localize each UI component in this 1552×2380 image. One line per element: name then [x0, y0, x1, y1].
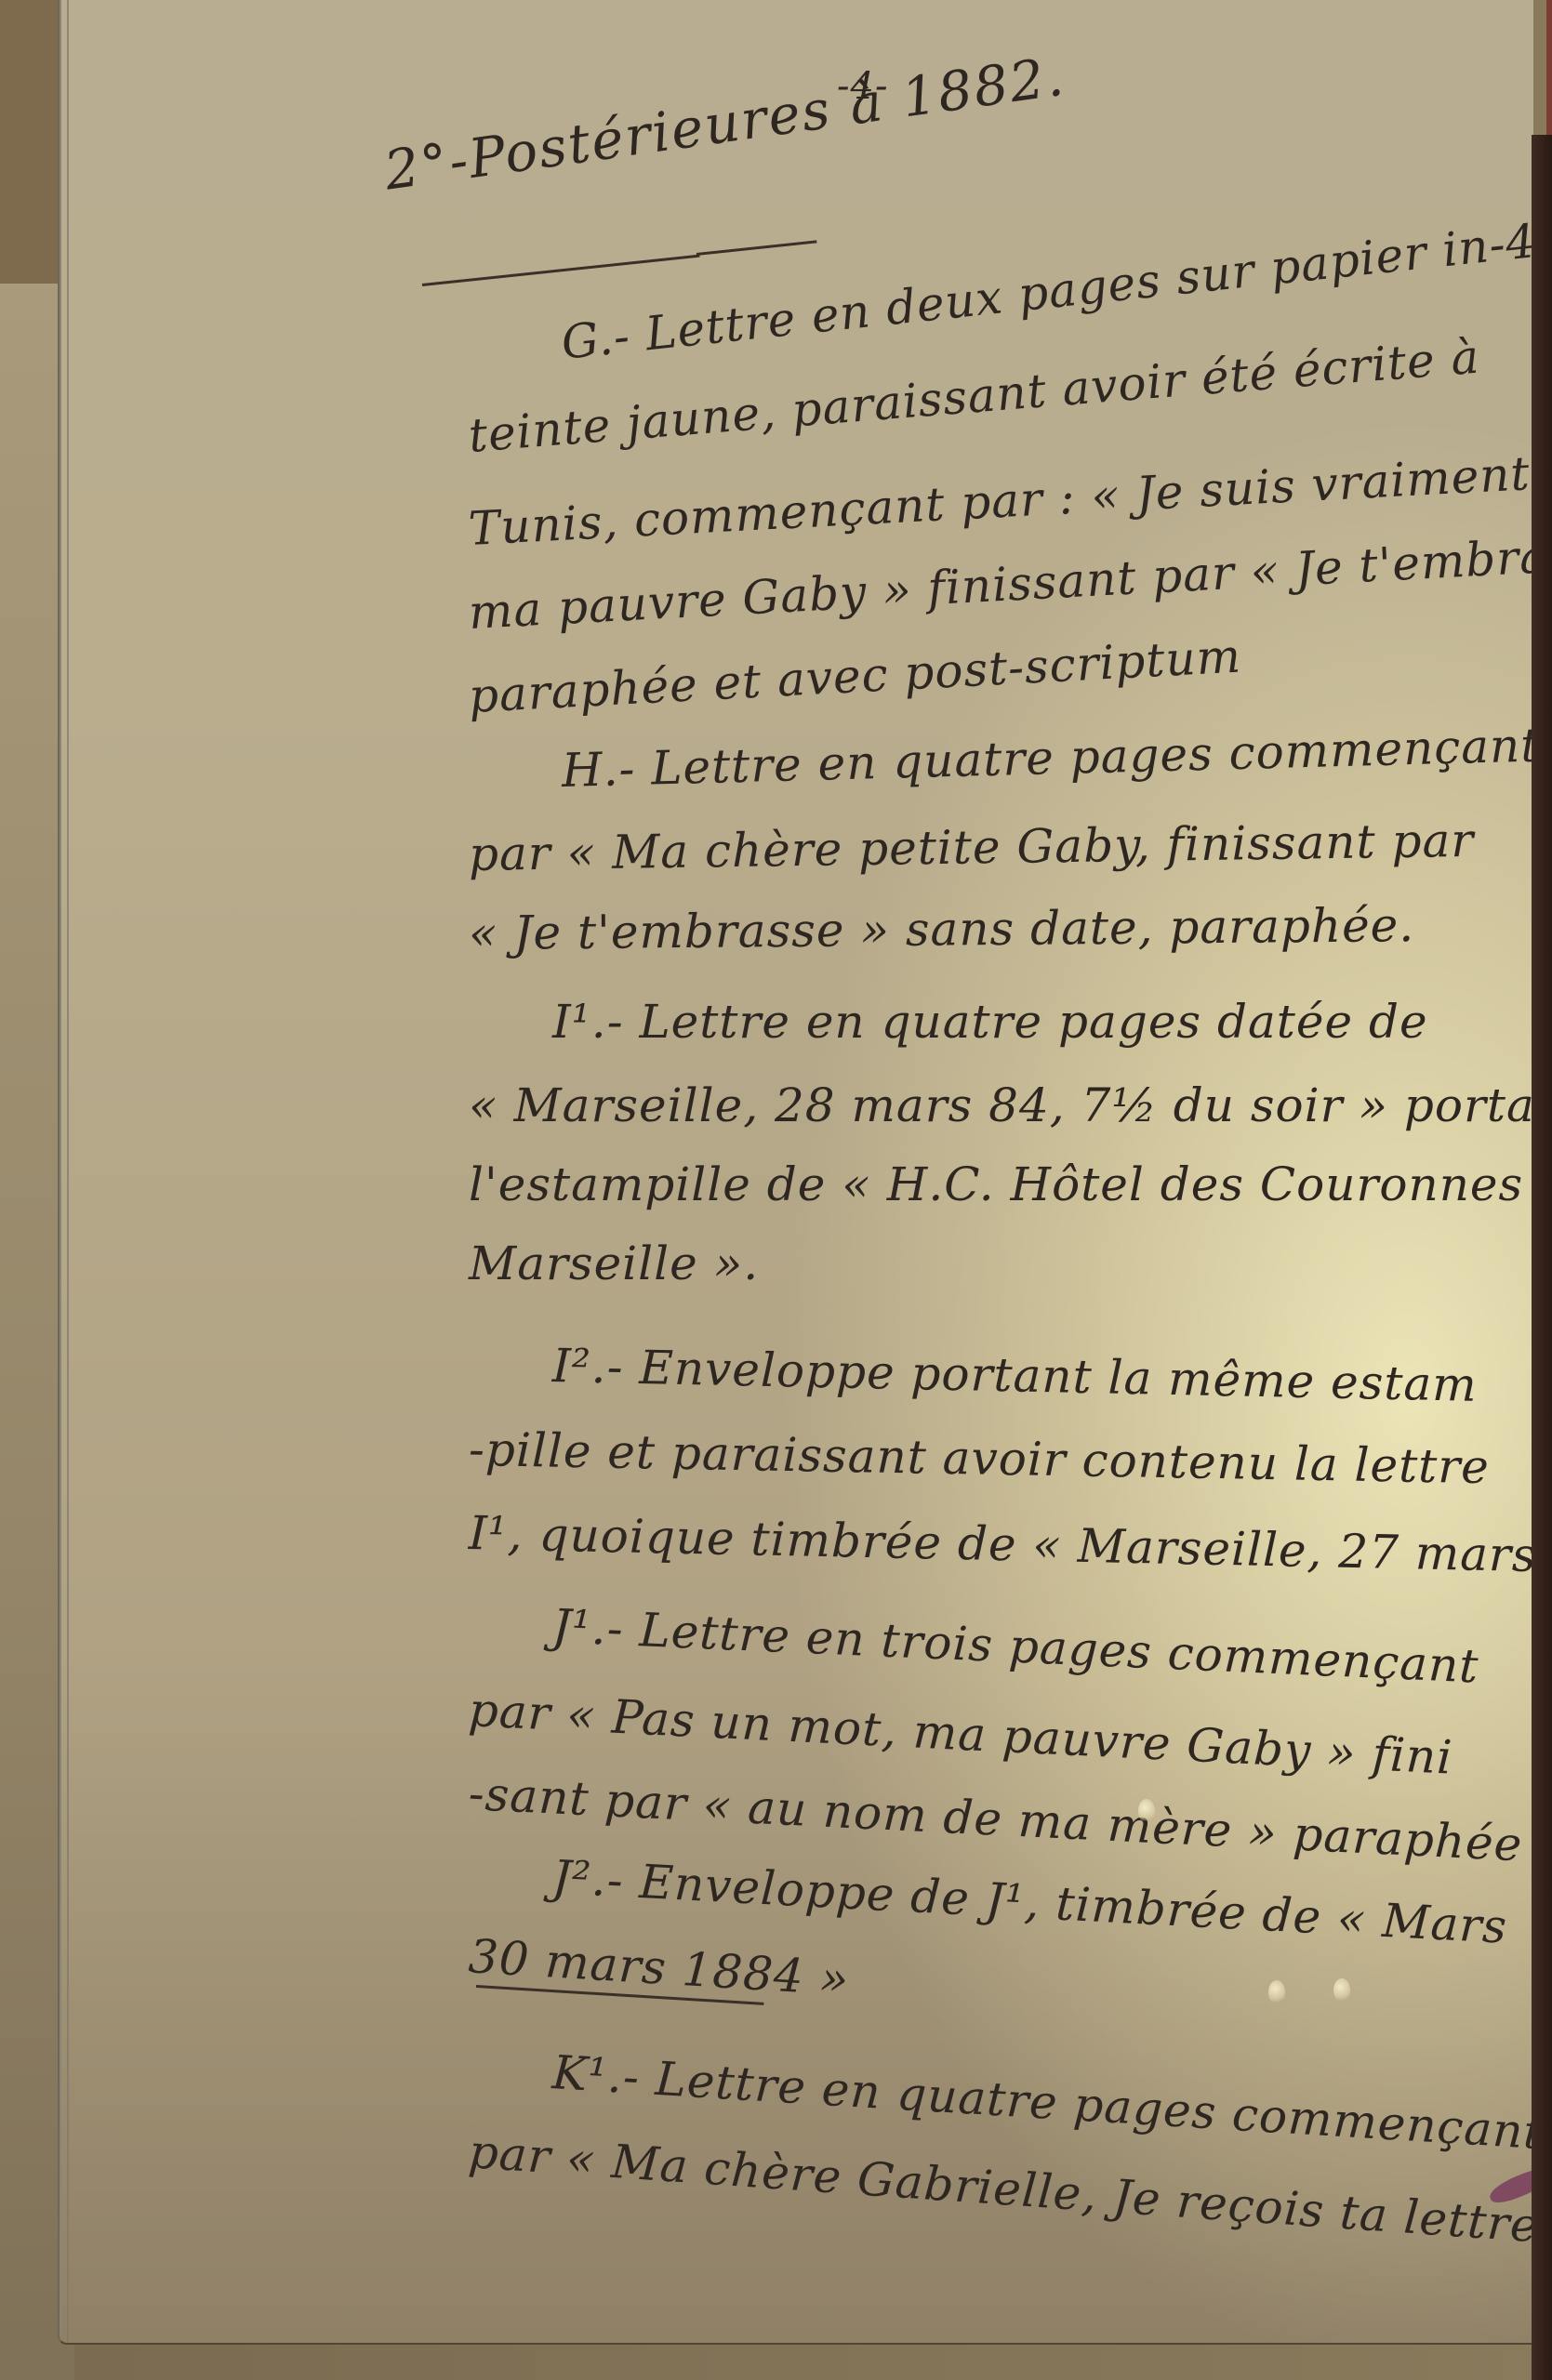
photo-stage: -4- 2°-Postérieures à 1882. G.- Lettre e…: [0, 0, 1552, 2380]
entry-i1-line-1: I¹.- Lettre en quatre pages datée de: [552, 995, 1428, 1049]
entry-i2-line-3: I¹, quoique timbrée de « Marseille, 27 m…: [468, 1506, 1552, 1583]
paper-dent: [1333, 1978, 1350, 2003]
paper-dent: [1268, 1980, 1285, 2004]
entry-i1-line-2: « Marseille, 28 mars 84, 7½ du soir » po…: [469, 1078, 1552, 1132]
paper-dent: [1138, 1799, 1155, 1823]
entry-i2-line-2: -pille et paraissant avoir contenu la le…: [468, 1422, 1490, 1494]
entry-h-line-1: H.- Lettre en quatre pages commençant: [561, 718, 1541, 798]
entry-h-line-3: « Je t'embrasse » sans date, paraphée.: [469, 898, 1415, 960]
entry-i1-line-4: Marseille ».: [469, 1236, 759, 1290]
entry-i2-line-1: I².- Enveloppe portant la même estam: [551, 1339, 1478, 1412]
entry-j2-line-2: 30 mars 1884 »: [467, 1929, 851, 2006]
entry-i1-line-3: l'estampille de « H.C. Hôtel des Couronn…: [469, 1157, 1523, 1211]
book-binding: [1532, 135, 1552, 2380]
entry-j1-line-1: J¹.- Lettre en trois pages commençant: [551, 1599, 1480, 1693]
entry-j2-line-1: J².- Enveloppe de J¹, timbrée de « Mars: [550, 1850, 1508, 1954]
entry-j1-line-2: par « Pas un mot, ma pauvre Gaby » fini: [468, 1683, 1454, 1785]
entry-h-line-2: par « Ma chère petite Gaby, finissant pa…: [469, 813, 1475, 881]
back-page-tab: [0, 0, 58, 288]
entry-g-line-5: paraphée et avec post-scriptum: [467, 628, 1242, 722]
heading-rule-2: [696, 240, 817, 256]
section-heading: 2°-Postérieures à 1882.: [380, 45, 1068, 203]
heading-rule: [422, 255, 700, 286]
manuscript-page: -4- 2°-Postérieures à 1882. G.- Lettre e…: [58, 0, 1533, 2345]
binding-edge-top: [1546, 0, 1552, 139]
